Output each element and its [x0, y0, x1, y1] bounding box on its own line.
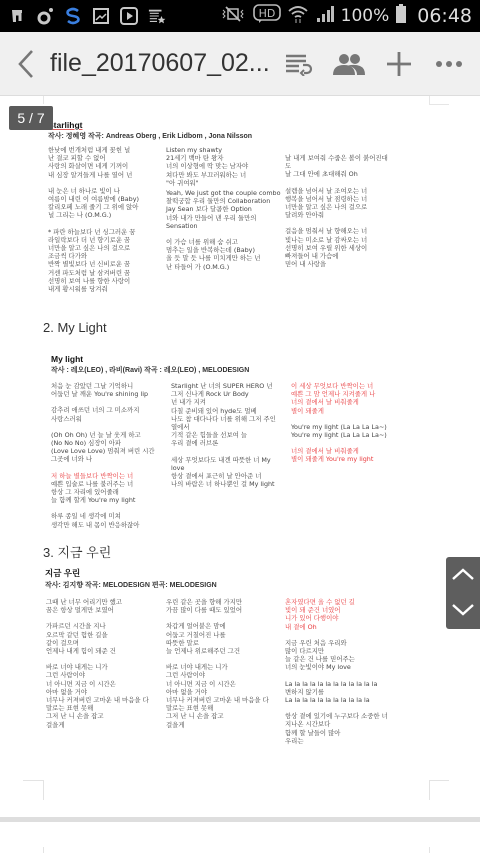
s-app-icon	[64, 7, 82, 25]
hd-icon: HD	[253, 4, 281, 29]
add-button[interactable]	[374, 39, 424, 89]
reflow-text-icon	[284, 52, 314, 76]
margin-mark	[429, 847, 430, 853]
image-icon	[92, 7, 110, 25]
more-options-button[interactable]	[424, 39, 474, 89]
margin-mark	[43, 847, 44, 853]
margin-mark	[429, 780, 430, 800]
song-title: My light	[51, 354, 249, 364]
song-credits: 작사: 김지향 작곡: MELODESIGN 편곡: MELODESIGN	[45, 580, 217, 590]
chevron-left-icon	[17, 49, 35, 79]
share-people-button[interactable]	[324, 39, 374, 89]
lyrics-column-2: Listen my shawty21세기 백마 탄 왕자너의 이상형에 딱 맞는…	[166, 146, 281, 279]
section-heading: 3. 지금 우린	[43, 542, 111, 561]
next-page-button[interactable]	[451, 602, 475, 621]
calendar-star-icon	[148, 7, 166, 25]
margin-mark	[43, 780, 44, 800]
vibrate-mute-icon	[219, 5, 247, 28]
svg-text:HD: HD	[258, 7, 275, 20]
margin-mark	[429, 104, 449, 105]
document-title: file_20170607_02...	[50, 49, 270, 78]
page-indicator: 5 / 7	[9, 106, 53, 130]
margin-mark	[43, 96, 44, 104]
g-app-icon	[8, 7, 26, 25]
more-horizontal-icon	[435, 60, 463, 68]
battery-icon	[395, 4, 407, 29]
people-icon	[332, 52, 366, 76]
play-icon	[120, 7, 138, 25]
battery-percent: 100%	[341, 6, 390, 26]
lyrics-column-1: 처음 눈 감았던 그날 기억하니어둡던 날 깨운 You're shining …	[51, 382, 155, 537]
margin-mark	[429, 780, 449, 781]
signal-icon	[315, 5, 335, 28]
song-title: 지금 우린	[45, 567, 217, 579]
song-title: Starlihgt	[48, 120, 252, 130]
plus-icon	[386, 51, 412, 77]
previous-page-button[interactable]	[451, 566, 475, 585]
wifi-icon	[287, 4, 309, 29]
song-block-3: 지금 우린 작사: 김지향 작곡: MELODESIGN 편곡: MELODES…	[45, 567, 217, 590]
song-block-1: Starlihgt 작사: 정혜영 작곡: Andreas Oberg , Er…	[48, 120, 252, 141]
lyrics-column-3: 이 세상 무엇보다 반짝이는 너예쁜 그 맘 언제나 지켜줄게 나너의 곁에서 …	[291, 382, 387, 472]
lyrics-column-1: 한낮에 번개처럼 내게 꽂힌 널난 결코 피할 수 없어사랑의 화살이면 네게 …	[48, 146, 139, 301]
section-heading: 2. My Light	[43, 320, 107, 335]
page-divider	[0, 817, 480, 822]
chevron-down-icon	[451, 603, 475, 617]
lyrics-column-2: 우린 같은 곳을 향해 가지만가끔 많이 다를 때도 있었어 차갑게 얼어붙은 …	[166, 598, 269, 737]
lyrics-column-1: 그때 난 너무 어리기만 했고꿈은 항상 멀게만 보였어 가파르던 시간을 지나…	[46, 598, 149, 737]
song-credits: 작사: 정혜영 작곡: Andreas Oberg , Erik Lidbom …	[48, 131, 252, 141]
circle-app-icon	[36, 7, 54, 25]
clock: 06:48	[417, 5, 472, 27]
margin-mark	[23, 780, 43, 781]
app-bar: file_20170607_02...	[0, 32, 480, 96]
song-credits: 작사 : 레오(LEO) , 라비(Ravi) 작곡 : 레오(LEO) , M…	[51, 365, 249, 375]
lyrics-column-3: 혼자였다면 올 수 없던 길빛이 돼 준건 너였어니가 있어 다행이야내 곁에 …	[285, 598, 388, 753]
chevron-up-icon	[451, 567, 475, 581]
status-bar: HD 100% 06:48	[0, 0, 480, 32]
lyrics-column-2: Starlight 난 너의 SUPER HERO 넌그저 신나게 Rock U…	[171, 382, 276, 496]
back-button[interactable]	[6, 32, 46, 96]
margin-mark	[429, 96, 430, 104]
page-navigation	[446, 557, 480, 629]
song-block-2: My light 작사 : 레오(LEO) , 라비(Ravi) 작곡 : 레오…	[51, 354, 249, 375]
reflow-text-button[interactable]	[274, 39, 324, 89]
lyrics-column-3: 날 내게 보여줘 수줍은 볼이 붉어진대도날 그대 안에 초대해줘 Oh 설렘을…	[285, 154, 388, 276]
